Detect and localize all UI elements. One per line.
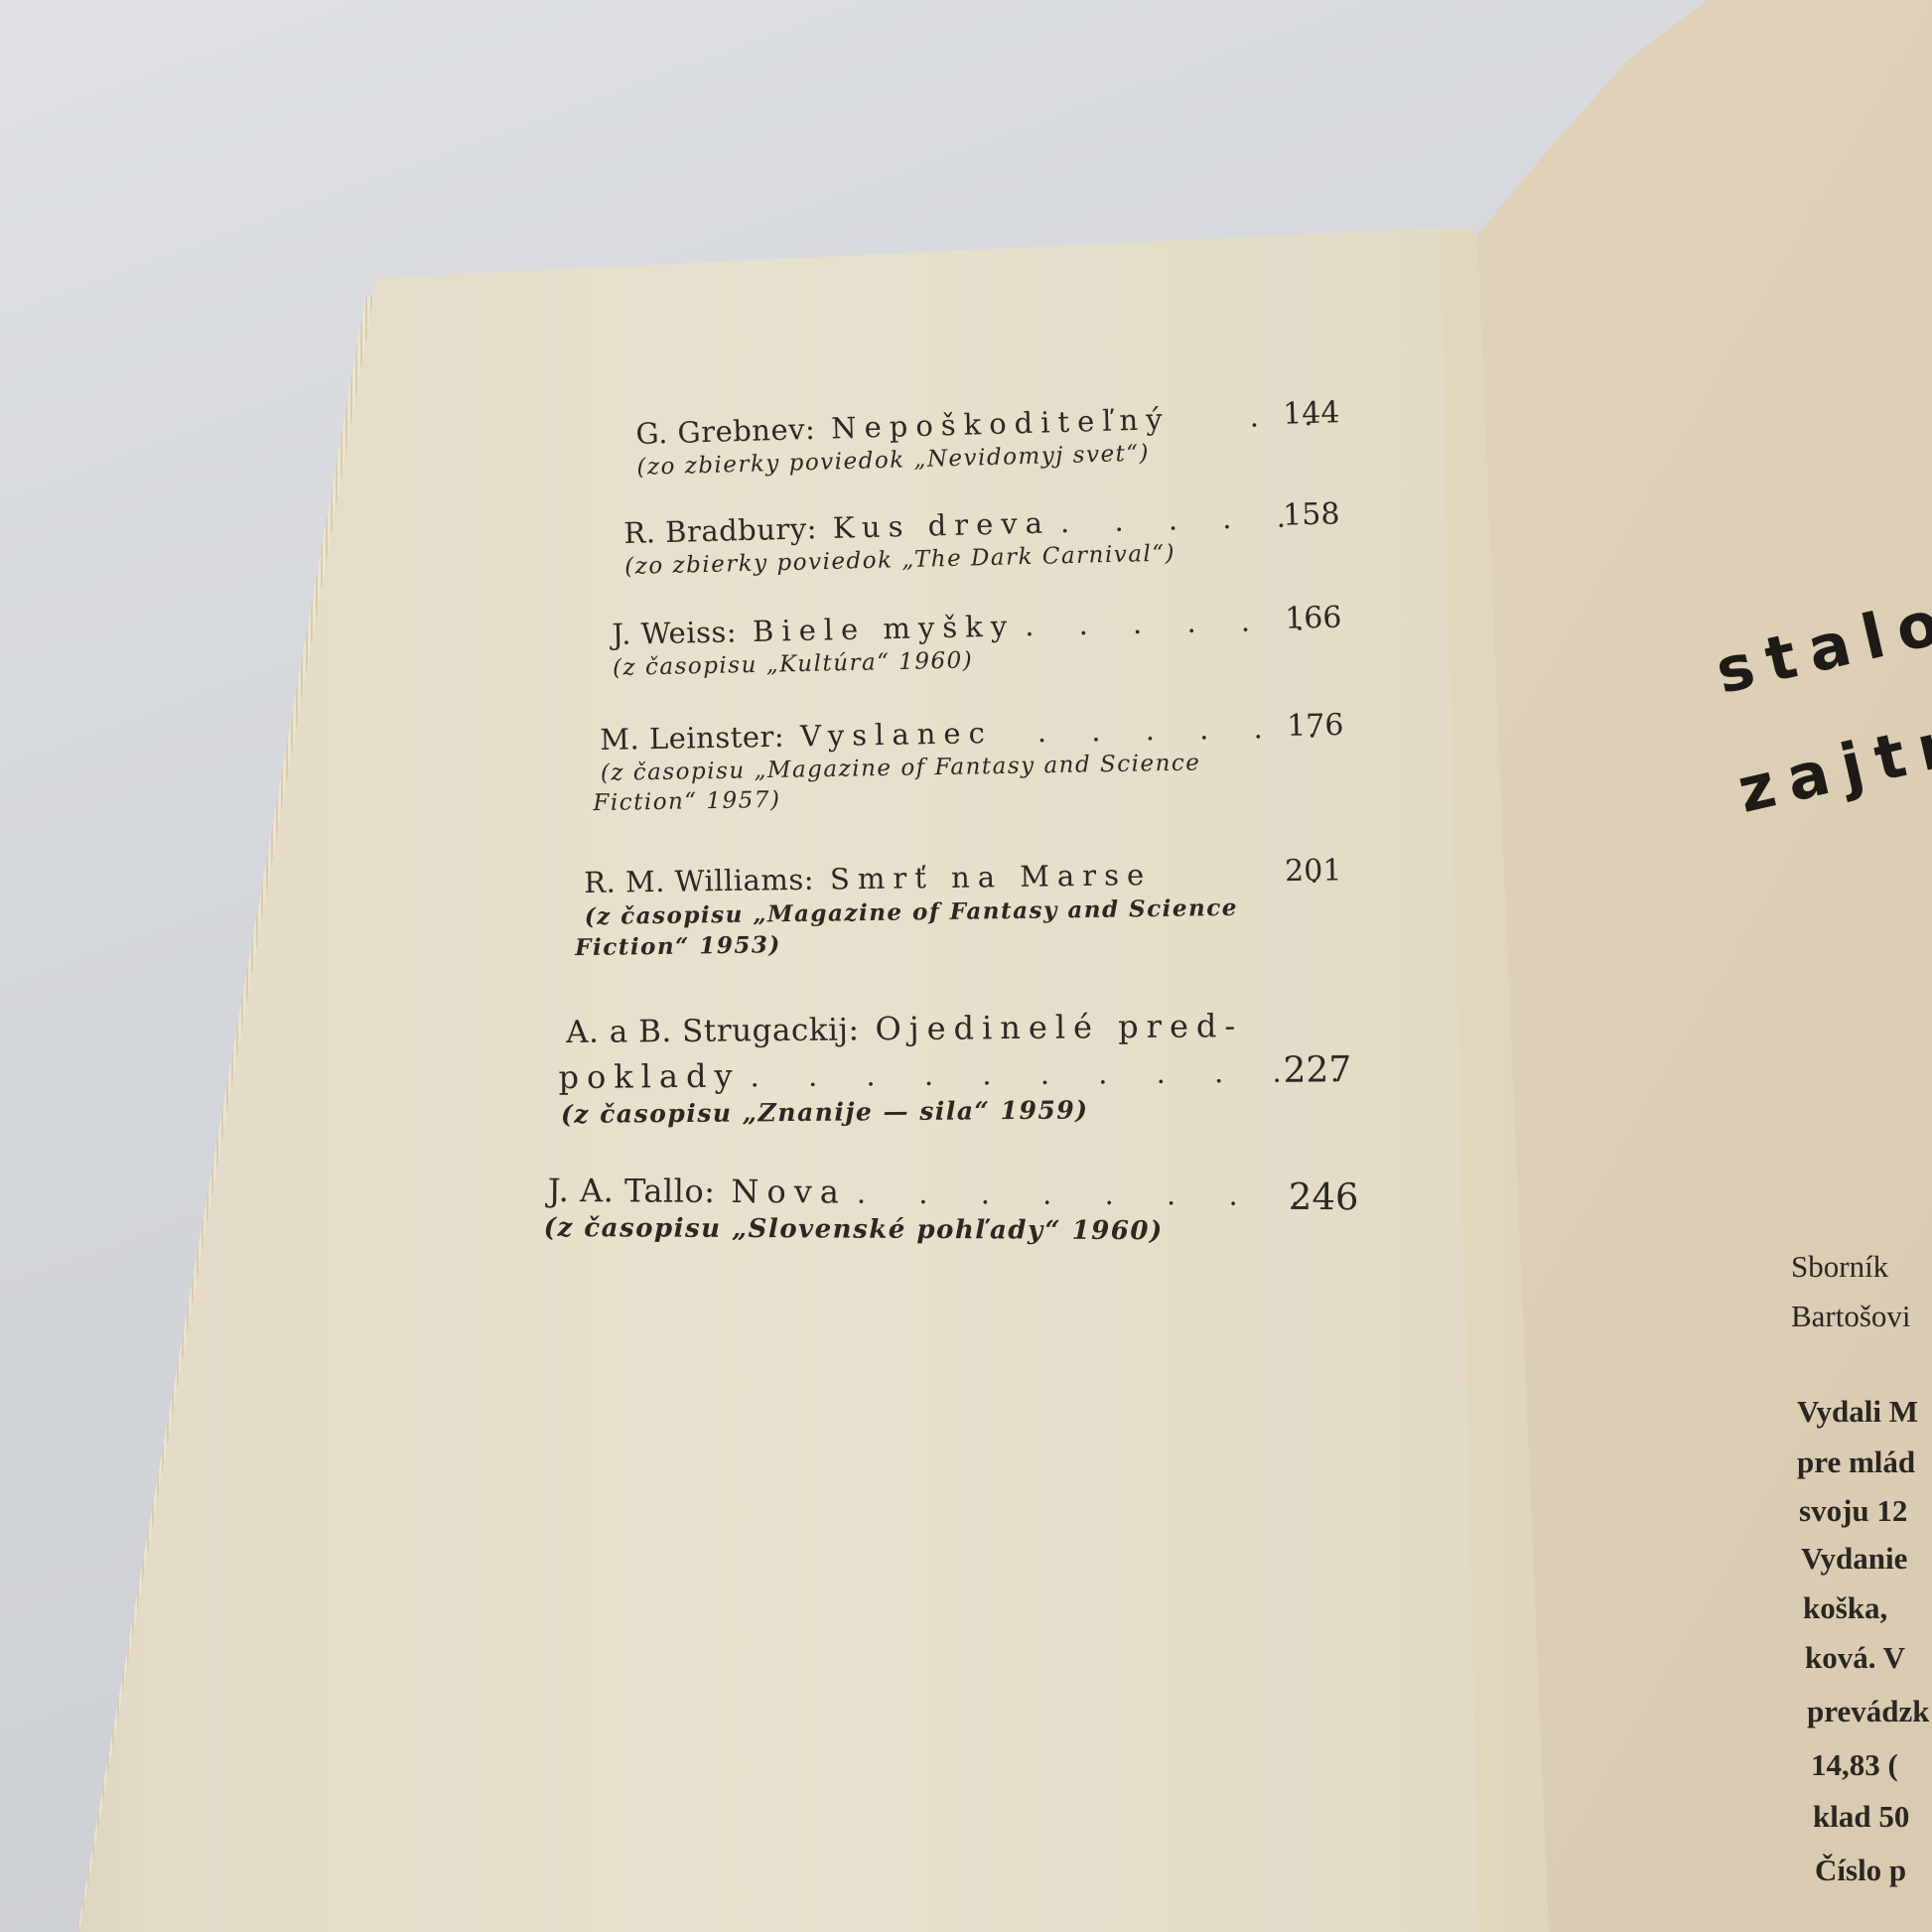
imprint-line: Vydanie bbox=[1801, 1541, 1907, 1577]
toc-title: Kus dreva bbox=[832, 506, 1050, 545]
toc-source: (z časopisu „Znanije — sila“ 1959) bbox=[561, 1093, 1341, 1129]
toc-entry: J. Weiss: Biele myšky . . . . . . 166 (z… bbox=[612, 603, 1333, 681]
toc-page-number: 227 bbox=[1283, 1049, 1351, 1091]
toc-title: Ojedinelé pred- bbox=[875, 1007, 1243, 1047]
toc-leader-dots: . . . . . . . . . . . bbox=[750, 1054, 1340, 1093]
toc-title: Nova bbox=[731, 1173, 847, 1211]
toc-title: Vyslanec bbox=[800, 716, 993, 753]
imprint-line: Sborník bbox=[1791, 1249, 1888, 1285]
toc-author: R. M. Williams: bbox=[584, 863, 814, 899]
toc-author: J. Weiss: bbox=[612, 615, 737, 651]
imprint-line: pre mlád bbox=[1797, 1445, 1915, 1480]
imprint-line: klad 50 bbox=[1813, 1799, 1909, 1835]
imprint-line: svoju 12 bbox=[1799, 1493, 1907, 1529]
toc-page-number: 246 bbox=[1289, 1175, 1359, 1218]
toc-entry: R. Bradbury: Kus dreva . . . . . . 158 (… bbox=[623, 499, 1331, 580]
toc-leader-dots: . . . . . . . . . . bbox=[857, 1176, 1342, 1213]
imprint-line: prevádzk bbox=[1807, 1694, 1929, 1729]
toc-entry: G. Grebnev: Nepoškoditeľný . . 144 (zo z… bbox=[635, 397, 1332, 481]
imprint-line: koška, bbox=[1803, 1590, 1887, 1626]
toc-source: (z časopisu „Slovenské pohľady“ 1960) bbox=[544, 1213, 1342, 1247]
toc-author: G. Grebnev: bbox=[635, 412, 816, 451]
toc-title-continued: poklady bbox=[558, 1056, 740, 1096]
toc-author: J. A. Tallo: bbox=[548, 1172, 716, 1210]
toc-title: Smrť na Marse bbox=[830, 858, 1153, 897]
toc-page-number: 201 bbox=[1285, 853, 1342, 889]
toc-entry: A. a B. Strugackij: Ojedinelé pred- pokl… bbox=[566, 1006, 1341, 1129]
imprint-line: Vydali M bbox=[1797, 1394, 1918, 1430]
toc-page-number: 144 bbox=[1283, 395, 1340, 432]
imprint-line: ková. V bbox=[1805, 1640, 1905, 1676]
toc-source-continued: Fiction“ 1953) bbox=[575, 923, 1337, 961]
imprint-line: Číslo p bbox=[1815, 1853, 1906, 1888]
toc-page-number: 158 bbox=[1283, 496, 1340, 532]
toc-author: A. a B. Strugackij: bbox=[566, 1012, 860, 1050]
toc-page-number: 166 bbox=[1285, 601, 1342, 636]
toc-author: R. Bradbury: bbox=[623, 511, 817, 550]
imprint-line: Bartošovi bbox=[1791, 1299, 1911, 1334]
toc-entry: J. A. Tallo: Nova . . . . . . . . . . 24… bbox=[548, 1172, 1342, 1247]
toc-page-number: 176 bbox=[1287, 708, 1344, 744]
table-of-contents: G. Grebnev: Nepoškoditeľný . . 144 (zo z… bbox=[0, 0, 1932, 1932]
toc-author: M. Leinster: bbox=[600, 720, 784, 757]
toc-title: Biele myšky bbox=[753, 610, 1016, 649]
toc-entry: R. M. Williams: Smrť na Marse . 201 (z č… bbox=[584, 855, 1337, 961]
toc-entry: M. Leinster: Vyslanec . . . . . . 176 (z… bbox=[600, 710, 1336, 816]
imprint-line: 14,83 ( bbox=[1811, 1747, 1898, 1783]
toc-leader-dots: . . . . . . bbox=[1002, 710, 1334, 750]
toc-title: Nepoškoditeľný bbox=[831, 402, 1171, 446]
